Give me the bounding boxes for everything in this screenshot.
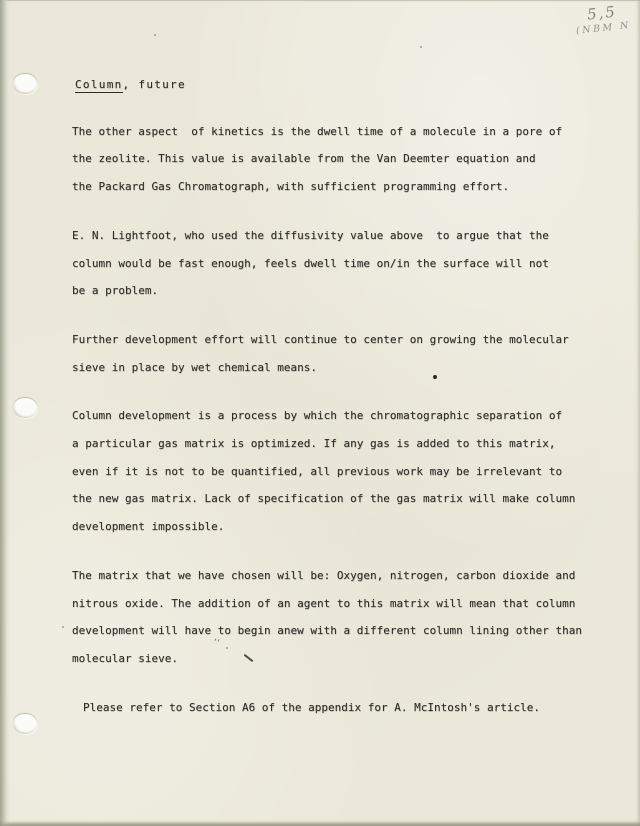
paragraph-column-development: Column development is a process by which… bbox=[72, 402, 592, 541]
page-title-underlined-word: Column bbox=[75, 78, 123, 93]
punch-hole-middle bbox=[13, 398, 37, 418]
paragraph-gas-matrix: The matrix that we have chosen will be: … bbox=[72, 562, 592, 673]
paragraph-lightfoot: E. N. Lightfoot, who used the diffusivit… bbox=[72, 222, 592, 305]
punch-hole-bottom bbox=[13, 714, 37, 734]
scan-edge-shadow-left bbox=[0, 0, 10, 826]
punch-hole-top bbox=[13, 74, 37, 94]
page-title: Column, future bbox=[75, 71, 592, 99]
scan-speck bbox=[420, 46, 422, 48]
typewritten-content: Column, future The other aspect of kinet… bbox=[72, 71, 592, 721]
closing-reference-line: Please refer to Section A6 of the append… bbox=[72, 694, 592, 722]
scan-speck bbox=[154, 34, 156, 36]
stray-ink-dot bbox=[433, 375, 437, 379]
paragraph-dwell-time: The other aspect of kinetics is the dwel… bbox=[72, 118, 592, 201]
scanned-document-page: 5,5 (NBM N Column, future The other aspe… bbox=[0, 0, 640, 826]
scan-edge-shadow-bottom bbox=[0, 821, 640, 826]
handwritten-annotation: 5,5 (NBM N bbox=[574, 1, 632, 37]
paragraph-development-effort: Further development effort will continue… bbox=[72, 326, 592, 381]
page-title-rest: , future bbox=[123, 78, 186, 91]
scan-speck bbox=[62, 626, 64, 628]
scan-speck bbox=[226, 647, 228, 649]
